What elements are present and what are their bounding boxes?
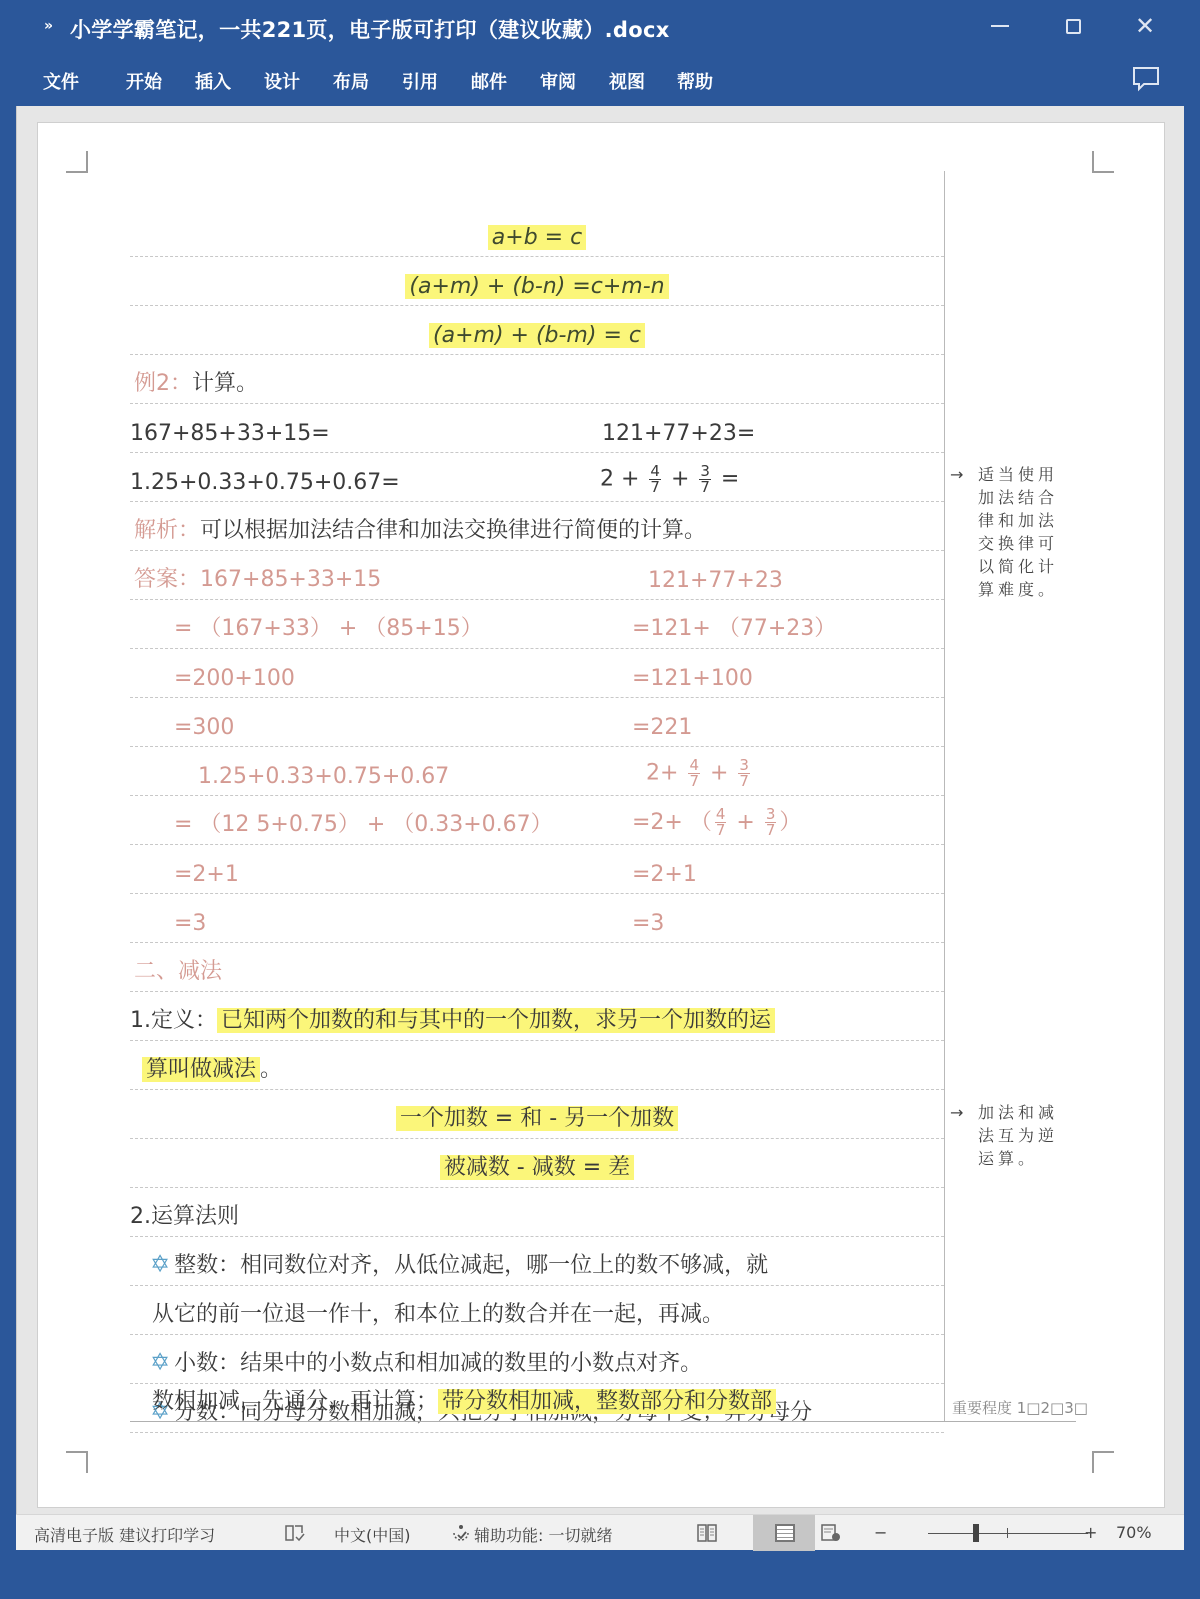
minimize-button[interactable]: [980, 10, 1020, 42]
zoom-slider-thumb[interactable]: [973, 1524, 979, 1542]
print-layout-button[interactable]: [753, 1515, 815, 1551]
maximize-icon: [1066, 19, 1081, 34]
definition-row: 算叫做减法。: [130, 1041, 944, 1090]
section-heading: 二、减法: [134, 954, 222, 985]
zoom-level[interactable]: 70%: [1116, 1523, 1152, 1542]
zoom-slider[interactable]: [928, 1533, 1088, 1534]
tab-mailings[interactable]: 邮件: [471, 68, 507, 94]
analysis-text: 可以根据加法结合律和加法交换律进行简便的计算。: [200, 518, 706, 543]
close-icon: ✕: [1135, 14, 1155, 38]
formula-row: 被减数 - 减数 = 差: [130, 1139, 944, 1188]
problem-4: 2 + 47 + 37 =: [600, 464, 739, 495]
definition-label: 1.定义：: [130, 1008, 217, 1033]
answer-row: = （12 5+0.75） + （0.33+0.67） =2+ （47 + 37…: [130, 796, 944, 845]
answer-row: = （167+33） + （85+15） =121+ （77+23）: [130, 600, 944, 649]
rule-row: 数相加减，先通分，再计算；带分数相加减，整数部分和分数部: [128, 1382, 942, 1414]
status-bar: 高清电子版 建议打印学习 中文(中国) 辅助功能: 一切就绪 − + 70%: [16, 1514, 1184, 1550]
maximize-button[interactable]: [1053, 10, 1093, 42]
minimize-icon: [991, 25, 1009, 27]
language-indicator[interactable]: 中文(中国): [334, 1523, 411, 1546]
accessibility-status[interactable]: 辅助功能: 一切就绪: [474, 1523, 612, 1546]
title-bar: » 小学学霸笔记，一共221页，电子版可打印（建议收藏）.docx ✕: [0, 0, 1200, 56]
ribbon-tabs: 文件 开始 插入 设计 布局 引用 邮件 审阅 视图 帮助: [0, 60, 1200, 102]
problem-1: 167+85+33+15=: [130, 421, 330, 446]
answer-row: =3 =3: [130, 894, 944, 943]
example-label: 例2：: [134, 371, 192, 396]
side-note: → 适当使用加法结合律和加法交换律可以简化计算难度。: [952, 463, 1076, 601]
status-page-info[interactable]: 高清电子版 建议打印学习: [34, 1523, 215, 1546]
formula-row: a+b = c: [130, 208, 944, 257]
tab-layout[interactable]: 布局: [333, 68, 369, 94]
tab-references[interactable]: 引用: [402, 68, 438, 94]
tab-design[interactable]: 设计: [264, 68, 300, 94]
accessibility-icon[interactable]: [450, 1523, 472, 1543]
formula: (a+m) + (b-n) =c+m-n: [405, 274, 668, 299]
comments-button[interactable]: [1132, 66, 1160, 92]
answer-row: 答案：167+85+33+15 121+77+23: [130, 551, 944, 600]
star-icon: ✡: [150, 1250, 170, 1278]
fraction: 37: [699, 464, 711, 495]
formula: a+b = c: [488, 225, 586, 250]
formula-row: 一个加数 = 和 - 另一个加数: [130, 1090, 944, 1139]
side-note: → 加法和减法互为逆运算。: [952, 1101, 1076, 1170]
problem-row: 167+85+33+15= 121+77+23=: [130, 404, 944, 453]
zoom-slider-center-tick: [1007, 1528, 1008, 1538]
notebook-content: a+b = c (a+m) + (b-n) =c+m-n (a+m) + (b-…: [130, 171, 1076, 1421]
definition-row: 1.定义：已知两个加数的和与其中的一个加数，求另一个加数的运: [130, 992, 944, 1041]
problem-2: 121+77+23=: [602, 421, 755, 446]
rule-row: ✡整数：相同数位对齐，从低位减起，哪一位上的数不够减，就: [130, 1237, 944, 1286]
importance-rating: 重要程度 1□2□3□: [952, 1397, 1088, 1418]
tab-review[interactable]: 审阅: [540, 68, 576, 94]
problem-3: 1.25+0.33+0.75+0.67=: [130, 470, 400, 495]
margin-line: [944, 171, 945, 1421]
formula: (a+m) + (b-m) = c: [429, 323, 645, 348]
tab-view[interactable]: 视图: [609, 68, 645, 94]
example-text: 计算。: [192, 371, 258, 396]
crop-mark-top-right: [1092, 151, 1114, 173]
read-mode-icon[interactable]: [696, 1523, 718, 1543]
window-title: 小学学霸笔记，一共221页，电子版可打印（建议收藏）.docx: [70, 14, 670, 44]
bottom-rule: [130, 1421, 1076, 1422]
comment-icon: [1132, 66, 1160, 92]
answer-label: 答案：: [134, 567, 200, 592]
formula-row: (a+m) + (b-m) = c: [130, 306, 944, 355]
answer-fraction-line: 2+ 47 + 37: [646, 758, 753, 789]
answer-row: =300 =221: [130, 698, 944, 747]
tab-help[interactable]: 帮助: [677, 68, 713, 94]
zoom-out-button[interactable]: −: [874, 1523, 887, 1542]
formula: 被减数 - 减数 = 差: [440, 1155, 634, 1180]
arrow-icon: →: [950, 1101, 963, 1124]
star-icon: ✡: [150, 1348, 170, 1376]
formula-row: (a+m) + (b-n) =c+m-n: [130, 257, 944, 306]
rule-row: ✡小数：结果中的小数点和相加减的数里的小数点对齐。: [130, 1335, 944, 1384]
crop-mark-top-left: [66, 151, 88, 173]
definition-text: 已知两个加数的和与其中的一个加数，求另一个加数的运: [217, 1008, 775, 1033]
fraction: 47: [649, 464, 661, 495]
analysis-label: 解析：: [134, 518, 200, 543]
tab-file[interactable]: 文件: [43, 68, 79, 94]
proofing-book-icon[interactable]: [284, 1523, 306, 1543]
analysis-row: 解析：可以根据加法结合律和加法交换律进行简便的计算。: [130, 502, 944, 551]
rules-title-row: 2.运算法则: [130, 1188, 944, 1237]
tab-insert[interactable]: 插入: [195, 68, 231, 94]
answer-fraction-line: =2+ （47 + 37）: [632, 805, 801, 839]
problem-row: 1.25+0.33+0.75+0.67= 2 + 47 + 37 =: [130, 453, 944, 502]
close-button[interactable]: ✕: [1125, 10, 1165, 42]
web-layout-icon[interactable]: [820, 1523, 842, 1543]
crop-mark-bottom-right: [1092, 1451, 1114, 1473]
arrow-icon: →: [950, 463, 963, 486]
crop-mark-bottom-left: [66, 1451, 88, 1473]
example-row: 例2：计算。: [130, 355, 944, 404]
document-page[interactable]: a+b = c (a+m) + (b-n) =c+m-n (a+m) + (b-…: [37, 122, 1165, 1508]
section-heading-row: 二、减法: [130, 943, 944, 992]
answer-row: 1.25+0.33+0.75+0.67 2+ 47 + 37: [130, 747, 944, 796]
print-layout-icon: [775, 1524, 795, 1542]
tab-home[interactable]: 开始: [126, 68, 162, 94]
answer-row: =200+100 =121+100: [130, 649, 944, 698]
zoom-in-button[interactable]: +: [1084, 1523, 1097, 1542]
formula: 一个加数 = 和 - 另一个加数: [396, 1106, 678, 1131]
quick-access-chevron-icon[interactable]: »: [44, 18, 53, 34]
answer-row: =2+1 =2+1: [130, 845, 944, 894]
rule-row: 从它的前一位退一作十，和本位上的数合并在一起，再减。: [130, 1286, 944, 1335]
rules-title: 2.运算法则: [130, 1199, 239, 1230]
document-canvas[interactable]: a+b = c (a+m) + (b-n) =c+m-n (a+m) + (b-…: [16, 106, 1184, 1514]
